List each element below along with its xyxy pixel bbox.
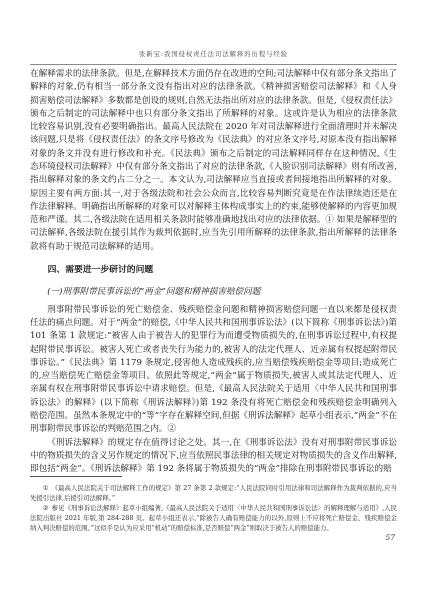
footnote-1-text: 《最高人民法院关于司法解释工作的规定》第 27 条第 2 款规定:“人民法院同时… — [30, 484, 397, 502]
footnote-2-marker: ② — [43, 504, 49, 512]
journal-page: 张新宝:我国侵权责任法司法解释的历程与经验 在解释需求的法律条款。但是,在解释技… — [0, 0, 427, 603]
footnotes-section: ①《最高人民法院关于司法解释工作的规定》第 27 条第 2 款规定:“人民法院同… — [30, 476, 397, 533]
footnote-divider — [30, 476, 122, 477]
article-body: 在解释需求的法律条款。但是,在解释技术方面仍存在改进的空间;司法解释中仅有部分条… — [30, 68, 397, 477]
footnote-2: ②参见《刑事诉讼法解释》起草小组编著,《最高人民法院关于适用〈中华人民共和国刑事… — [30, 503, 397, 533]
body-paragraph-1: 在解释需求的法律条款。但是,在解释技术方面仍存在改进的空间;司法解释中仅有部分条… — [30, 68, 397, 254]
footnote-2-text: 参见《刑事诉讼法解释》起草小组编著,《最高人民法院关于适用〈中华人民共和国刑事诉… — [30, 504, 397, 532]
running-header: 张新宝:我国侵权责任法司法解释的历程与经验 — [30, 52, 397, 65]
section-heading: 四、需要进一步研讨的问题 — [30, 264, 397, 277]
body-paragraph-3: 《刑诉法解释》的规定存在值得讨论之处。其一,在《刑事诉讼法》没有对刑事附带民事诉… — [30, 437, 397, 477]
subsection-heading: (一)刑事附带民事诉讼的“两金”问题和精神损害赔偿问题 — [30, 286, 397, 299]
page-number: 57 — [385, 533, 395, 542]
footnote-1-marker: ① — [43, 484, 49, 492]
footnote-1: ①《最高人民法院关于司法解释工作的规定》第 27 条第 2 款规定:“人民法院同… — [30, 483, 397, 503]
body-paragraph-2: 刑事附带民事诉讼的死亡赔偿金、残疾赔偿金问题和精神损害赔偿问题一直以来都是侵权责… — [30, 304, 397, 437]
